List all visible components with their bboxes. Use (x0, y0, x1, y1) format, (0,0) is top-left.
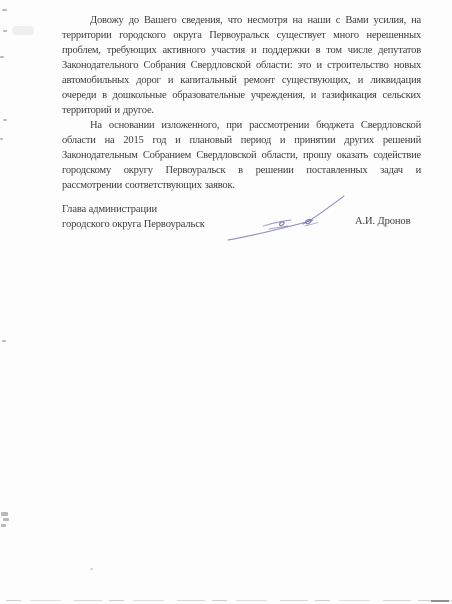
body-line: Довожу до Вашего сведения, что несмотря … (62, 13, 421, 28)
body-line: территории городского округа Первоуральс… (62, 28, 421, 43)
body-line: городскому округу Первоуральск в решении… (62, 163, 421, 178)
scan-artifact (3, 119, 7, 121)
body-line: проблем, требующих активного участия и п… (62, 43, 421, 58)
signer-title: Глава администрации городского округа Пе… (62, 203, 205, 232)
scanned-letter-page: Довожу до Вашего сведения, что несмотря … (0, 0, 452, 604)
scan-artifact (6, 600, 452, 601)
scan-artifact (431, 600, 449, 602)
scan-artifact (3, 518, 9, 521)
scan-artifact (12, 26, 34, 35)
letter-body: Довожу до Вашего сведения, что несмотря … (62, 13, 421, 193)
scan-artifact (1, 524, 6, 527)
scan-artifact (2, 340, 6, 342)
body-line: Законодательным Собранием Свердловской о… (62, 148, 421, 163)
scan-artifact (2, 9, 7, 11)
signer-title-line: Глава администрации (62, 203, 205, 218)
signatory-name: А.И. Дронов (355, 216, 410, 227)
handwritten-signature (225, 190, 350, 245)
scan-artifact (0, 138, 3, 140)
body-line: автомобильных дорог и капитальный ремонт… (62, 73, 421, 88)
scan-artifact (3, 30, 7, 32)
scan-artifact (0, 56, 4, 58)
body-line: очереди в дошкольные образовательные учр… (62, 88, 421, 103)
body-line: На основании изложенного, при рассмотрен… (62, 118, 421, 133)
body-line: области на 2015 год и плановый период и … (62, 133, 421, 148)
signer-title-line: городского округа Первоуральск (62, 218, 205, 233)
body-line: территорий и другое. (62, 103, 421, 118)
scan-artifact (1, 512, 8, 516)
body-line: Законодательного Собрания Свердловской о… (62, 58, 421, 73)
scan-artifact (90, 568, 93, 570)
